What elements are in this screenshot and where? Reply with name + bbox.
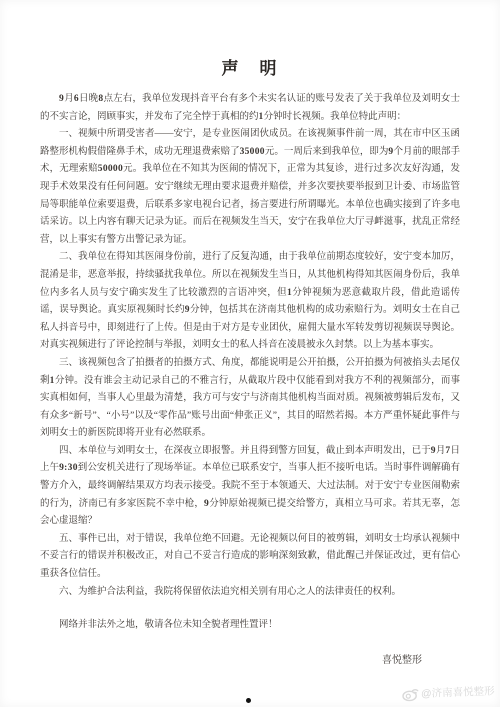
paragraph-6: 六、为维护合法利益，我院将保留依法追究相关别有用心之人的法律责任的权利。 (40, 584, 460, 602)
paragraph-intro: 9月6日晚8点左右，我单位发现抖音平台有多个未实名认证的账号发表了关于我单位及刘… (40, 91, 460, 126)
paragraph-2: 二、我单位在得知其医闹身份前，进行了反复沟通，由于我单位前期态度较好，安宁变本加… (40, 249, 460, 355)
paragraph-5: 五、事件已出，对于错误，我单位绝不回避。无论视频以何目的被剪辑，刘明女士均承认视… (40, 531, 460, 584)
signature: 喜悦整形 (0, 652, 500, 670)
statement-document-page: 声 明 9月6日晚8点左右，我单位发现抖音平台有多个未实名认证的账号发表了关于我… (0, 0, 500, 707)
closing-statement: 网络并非法外之地，敬请各位未知全貌者理性置评！ (40, 617, 460, 635)
document-title: 声 明 (0, 54, 500, 79)
document-body: 9月6日晚8点左右，我单位发现抖音平台有多个未实名认证的账号发表了关于我单位及刘… (0, 91, 500, 635)
weibo-icon (402, 687, 419, 702)
watermark-text: @济南喜悦整形 (421, 683, 495, 701)
paragraph-4: 四、本单位与刘明女士，在深夜立即报警。并且得到警方回复，截止到本声明发出，已于9… (40, 443, 460, 531)
weibo-watermark: @济南喜悦整形 (402, 683, 495, 701)
paragraph-3: 三、该视频包含了拍摄者的拍摄方式、角度，都能说明是公开拍摄，公开拍摄为何被掐头去… (40, 355, 460, 443)
pagination-dot (246, 698, 251, 703)
paragraph-1: 一、视频中所谓受害者——安宁，是专业医闹团伙成员。在该视频事件前一周，其在市中区… (40, 126, 460, 249)
